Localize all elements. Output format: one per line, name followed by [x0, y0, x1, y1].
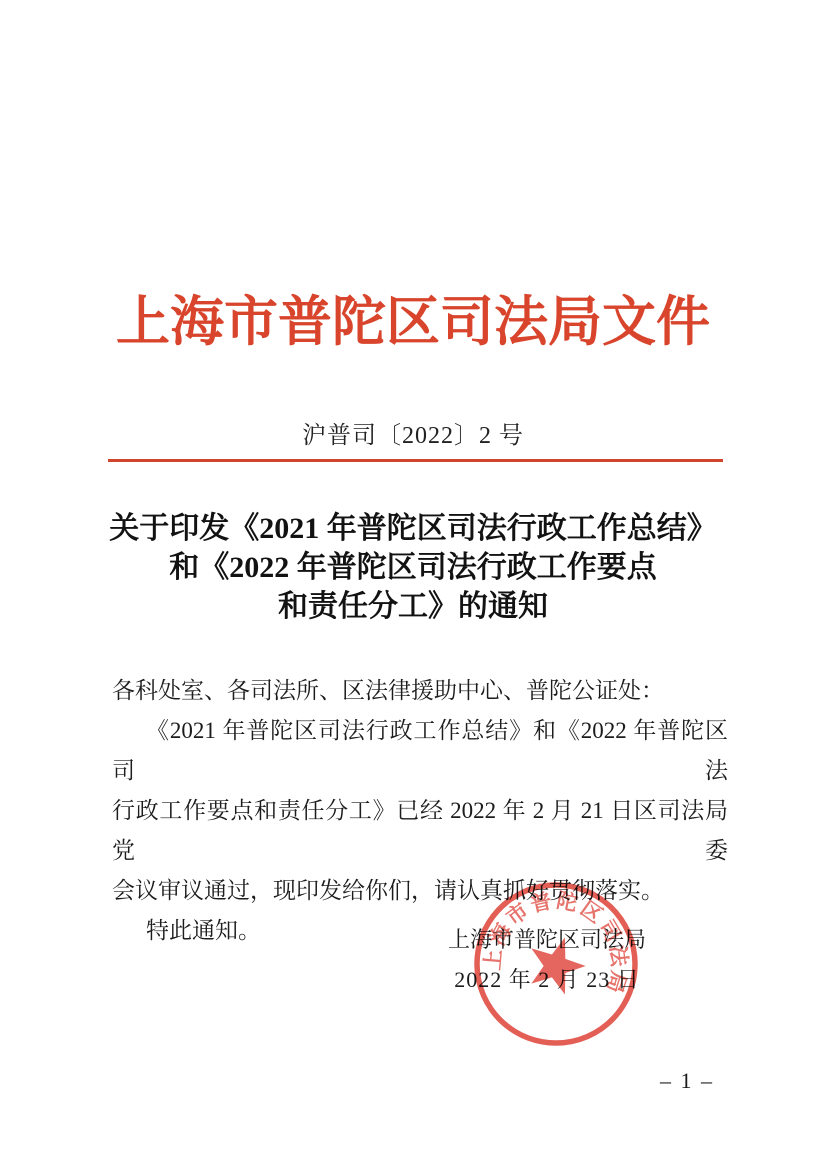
document-title-line-1: 关于印发《2021 年普陀区司法行政工作总结》	[0, 509, 826, 548]
seal-star	[521, 929, 592, 998]
document-title-line-3: 和责任分工》的通知	[0, 587, 826, 626]
official-seal: 上海市普陀区司法局	[466, 874, 646, 1054]
salutation-line: 各科处室、各司法所、区法律援助中心、普陀公证处：	[112, 671, 728, 711]
page-number: – 1 –	[660, 1066, 770, 1096]
document-number: 沪普司〔2022〕2 号	[0, 420, 826, 452]
body-text-line: 行政工作要点和责任分工》已经 2022 年 2 月 21 日区司法局党委	[112, 791, 728, 871]
body-text-line: 《2021 年普陀区司法行政工作总结》和《2022 年普陀区司法	[112, 711, 728, 791]
document-title: 关于印发《2021 年普陀区司法行政工作总结》 和《2022 年普陀区司法行政工…	[0, 509, 826, 626]
letterhead-agency-title: 上海市普陀区司法局文件	[0, 289, 826, 355]
document-page: 上海市普陀区司法局文件 沪普司〔2022〕2 号 关于印发《2021 年普陀区司…	[0, 0, 826, 1169]
document-title-line-2: 和《2022 年普陀区司法行政工作要点	[0, 548, 826, 587]
letterhead-divider-rule	[108, 459, 723, 462]
